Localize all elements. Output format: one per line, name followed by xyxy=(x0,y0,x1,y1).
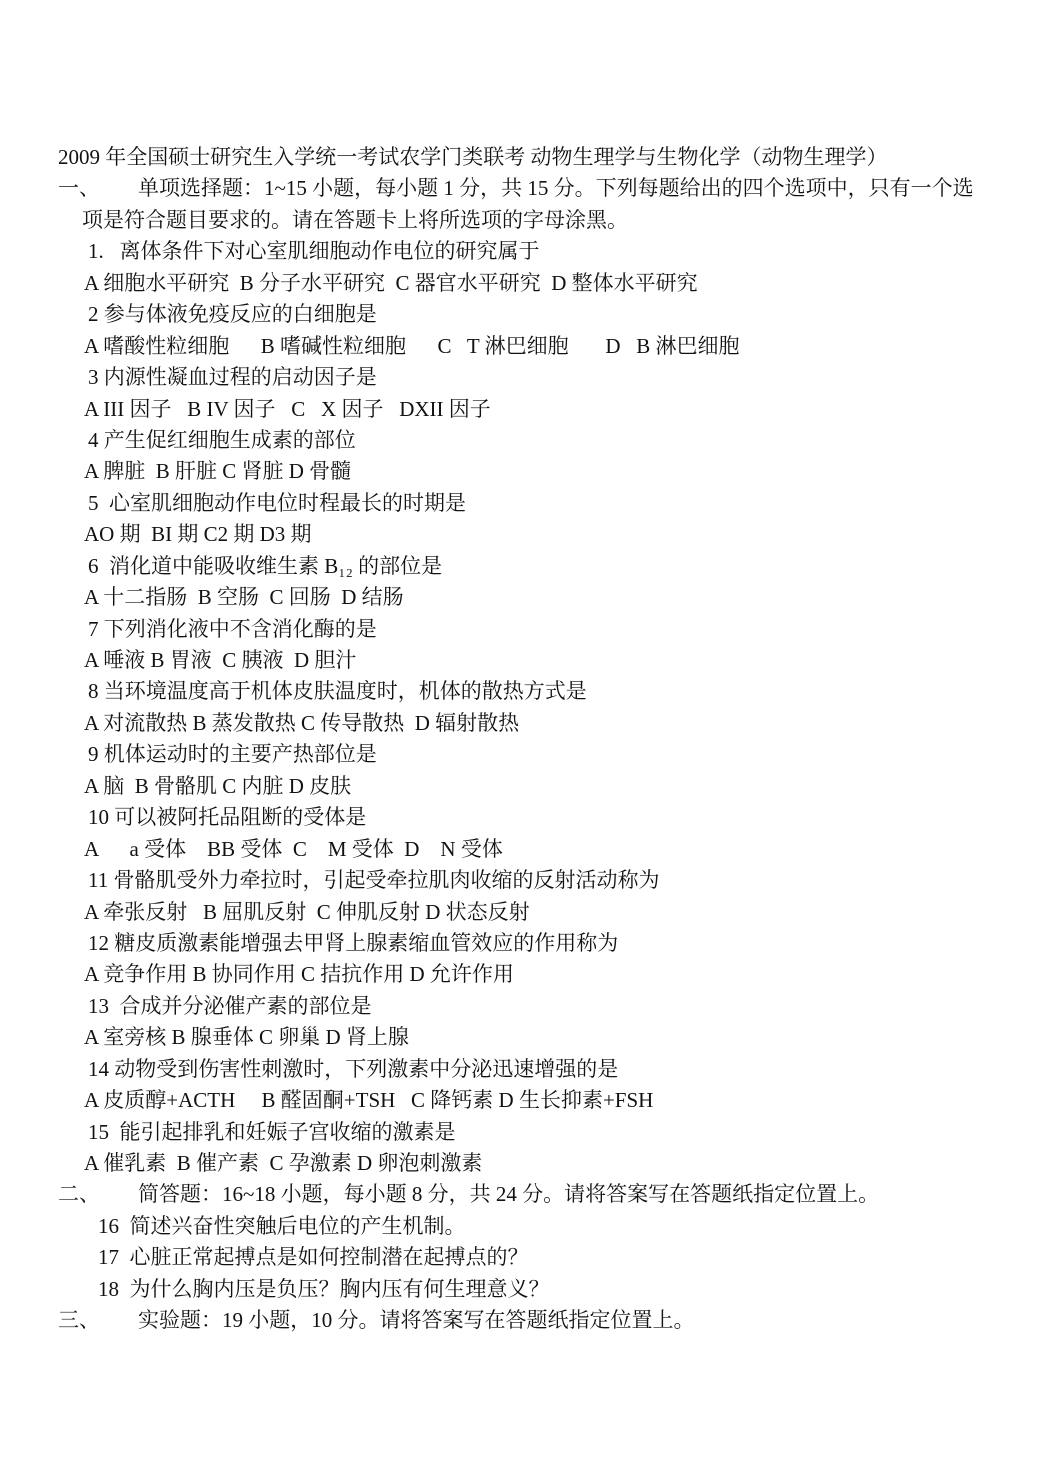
question-line: 9 机体运动时的主要产热部位是 xyxy=(58,739,1013,770)
question-line: 5 心室肌细胞动作电位时程最长的时期是 xyxy=(58,488,1013,519)
options-line: A 脑 B 骨骼肌 C 内脏 D 皮肤 xyxy=(58,771,1013,802)
line-text: A 对流散热 B 蒸发散热 C 传导散热 D 辐射散热 xyxy=(84,708,519,739)
line-text: A a 受体 BB 受体 C M 受体 D N 受体 xyxy=(84,834,503,865)
line-text: 13 合成并分泌催产素的部位是 xyxy=(88,991,372,1022)
options-line: A 室旁核 B 腺垂体 C 卵巢 D 肾上腺 xyxy=(58,1022,1013,1053)
line-text: A 细胞水平研究 B 分子水平研究 C 器官水平研究 D 整体水平研究 xyxy=(84,268,698,299)
question-line: 8 当环境温度高于机体皮肤温度时，机体的散热方式是 xyxy=(58,676,1013,707)
line-text: 5 心室肌细胞动作电位时程最长的时期是 xyxy=(88,488,466,519)
line-text: 6 消化道中能吸收维生素 B₁₂ 的部位是 xyxy=(88,551,442,582)
section-heading-continuation: 项是符合题目要求的。请在答题卡上将所选项的字母涂黑。 xyxy=(58,205,1013,236)
question-line: 17 心脏正常起搏点是如何控制潜在起搏点的？ xyxy=(58,1242,1013,1273)
section-heading: 一、 单项选择题：1~15 小题，每小题 1 分，共 15 分。下列每题给出的四… xyxy=(58,173,1013,204)
line-text: A 竞争作用 B 协同作用 C 拮抗作用 D 允许作用 xyxy=(84,959,514,990)
line-text: A 室旁核 B 腺垂体 C 卵巢 D 肾上腺 xyxy=(84,1022,409,1053)
line-text: A 催乳素 B 催产素 C 孕激素 D 卵泡刺激素 xyxy=(84,1148,482,1179)
line-text: 实验题：19 小题，10 分。请将答案写在答题纸指定位置上。 xyxy=(138,1305,695,1336)
line-text: 7 下列消化液中不含消化酶的是 xyxy=(88,614,377,645)
options-line: A 皮质醇+ACTH B 醛固酮+TSH C 降钙素 D 生长抑素+FSH xyxy=(58,1085,1013,1116)
line-text: 18 为什么胸内压是负压？胸内压有何生理意义？ xyxy=(98,1274,550,1305)
question-line: 10 可以被阿托品阻断的受体是 xyxy=(58,802,1013,833)
question-line: 6 消化道中能吸收维生素 B₁₂ 的部位是 xyxy=(58,551,1013,582)
options-line: AO 期 BI 期 C2 期 D3 期 xyxy=(58,519,1013,550)
line-text: 4 产生促红细胞生成素的部位 xyxy=(88,425,356,456)
line-text: 1. 离体条件下对心室肌细胞动作电位的研究属于 xyxy=(88,236,540,267)
exam-document-page: 2009 年全国硕士研究生入学统一考试农学门类联考 动物生理学与生物化学（动物生… xyxy=(0,0,1043,1474)
options-line: A 催乳素 B 催产素 C 孕激素 D 卵泡刺激素 xyxy=(58,1148,1013,1179)
question-line: 11 骨骼肌受外力牵拉时，引起受牵拉肌肉收缩的反射活动称为 xyxy=(58,865,1013,896)
section-marker: 二、 xyxy=(58,1179,138,1210)
question-line: 4 产生促红细胞生成素的部位 xyxy=(58,425,1013,456)
question-line: 16 简述兴奋性突触后电位的产生机制。 xyxy=(58,1211,1013,1242)
line-text: 11 骨骼肌受外力牵拉时，引起受牵拉肌肉收缩的反射活动称为 xyxy=(88,865,659,896)
options-line: A a 受体 BB 受体 C M 受体 D N 受体 xyxy=(58,834,1013,865)
line-text: A 牵张反射 B 屈肌反射 C 伸肌反射 D 状态反射 xyxy=(84,897,530,928)
line-text: 项是符合题目要求的。请在答题卡上将所选项的字母涂黑。 xyxy=(82,205,628,236)
section-heading: 二、 简答题：16~18 小题，每小题 8 分，共 24 分。请将答案写在答题纸… xyxy=(58,1179,1013,1210)
question-line: 2 参与体液免疫反应的白细胞是 xyxy=(58,299,1013,330)
line-text: A 唾液 B 胃液 C 胰液 D 胆汁 xyxy=(84,645,356,676)
section-heading: 三、 实验题：19 小题，10 分。请将答案写在答题纸指定位置上。 xyxy=(58,1305,1013,1336)
line-text: AO 期 BI 期 C2 期 D3 期 xyxy=(84,519,312,550)
line-text: A 嗜酸性粒细胞 B 嗜碱性粒细胞 C T 淋巴细胞 D B 淋巴细胞 xyxy=(84,331,740,362)
question-line: 18 为什么胸内压是负压？胸内压有何生理意义？ xyxy=(58,1274,1013,1305)
options-line: A 对流散热 B 蒸发散热 C 传导散热 D 辐射散热 xyxy=(58,708,1013,739)
line-text: 简答题：16~18 小题，每小题 8 分，共 24 分。请将答案写在答题纸指定位… xyxy=(138,1179,879,1210)
options-line: A 竞争作用 B 协同作用 C 拮抗作用 D 允许作用 xyxy=(58,959,1013,990)
question-line: 7 下列消化液中不含消化酶的是 xyxy=(58,614,1013,645)
line-text: 2009 年全国硕士研究生入学统一考试农学门类联考 动物生理学与生物化学（动物生… xyxy=(58,142,888,173)
options-line: A 细胞水平研究 B 分子水平研究 C 器官水平研究 D 整体水平研究 xyxy=(58,268,1013,299)
question-line: 13 合成并分泌催产素的部位是 xyxy=(58,991,1013,1022)
options-line: A 牵张反射 B 屈肌反射 C 伸肌反射 D 状态反射 xyxy=(58,897,1013,928)
line-text: 10 可以被阿托品阻断的受体是 xyxy=(88,802,366,833)
line-text: 17 心脏正常起搏点是如何控制潜在起搏点的？ xyxy=(98,1242,529,1273)
options-line: A 唾液 B 胃液 C 胰液 D 胆汁 xyxy=(58,645,1013,676)
options-line: A 十二指肠 B 空肠 C 回肠 D 结肠 xyxy=(58,582,1013,613)
line-text: 14 动物受到伤害性刺激时，下列激素中分泌迅速增强的是 xyxy=(88,1054,618,1085)
options-line: A 嗜酸性粒细胞 B 嗜碱性粒细胞 C T 淋巴细胞 D B 淋巴细胞 xyxy=(58,331,1013,362)
section-marker: 一、 xyxy=(58,173,138,204)
line-text: 16 简述兴奋性突触后电位的产生机制。 xyxy=(98,1211,466,1242)
section-marker: 三、 xyxy=(58,1305,138,1336)
line-text: A 皮质醇+ACTH B 醛固酮+TSH C 降钙素 D 生长抑素+FSH xyxy=(84,1085,653,1116)
line-text: 2 参与体液免疫反应的白细胞是 xyxy=(88,299,377,330)
question-line: 14 动物受到伤害性刺激时，下列激素中分泌迅速增强的是 xyxy=(58,1054,1013,1085)
question-line: 15 能引起排乳和妊娠子宫收缩的激素是 xyxy=(58,1117,1013,1148)
line-text: 8 当环境温度高于机体皮肤温度时，机体的散热方式是 xyxy=(88,676,587,707)
line-text: 15 能引起排乳和妊娠子宫收缩的激素是 xyxy=(88,1117,456,1148)
line-text: A 脾脏 B 肝脏 C 肾脏 D 骨髓 xyxy=(84,456,351,487)
line-text: 3 内源性凝血过程的启动因子是 xyxy=(88,362,377,393)
question-line: 1. 离体条件下对心室肌细胞动作电位的研究属于 xyxy=(58,236,1013,267)
document-title: 2009 年全国硕士研究生入学统一考试农学门类联考 动物生理学与生物化学（动物生… xyxy=(58,142,1013,173)
question-line: 3 内源性凝血过程的启动因子是 xyxy=(58,362,1013,393)
line-text: 12 糖皮质激素能增强去甲肾上腺素缩血管效应的作用称为 xyxy=(88,928,618,959)
question-line: 12 糖皮质激素能增强去甲肾上腺素缩血管效应的作用称为 xyxy=(58,928,1013,959)
line-text: A 脑 B 骨骼肌 C 内脏 D 皮肤 xyxy=(84,771,351,802)
line-text: 9 机体运动时的主要产热部位是 xyxy=(88,739,377,770)
options-line: A 脾脏 B 肝脏 C 肾脏 D 骨髓 xyxy=(58,456,1013,487)
line-text: A III 因子 B IV 因子 C X 因子 DXII 因子 xyxy=(84,394,491,425)
line-text: A 十二指肠 B 空肠 C 回肠 D 结肠 xyxy=(84,582,404,613)
line-text: 单项选择题：1~15 小题，每小题 1 分，共 15 分。下列每题给出的四个选项… xyxy=(138,173,974,204)
options-line: A III 因子 B IV 因子 C X 因子 DXII 因子 xyxy=(58,394,1013,425)
